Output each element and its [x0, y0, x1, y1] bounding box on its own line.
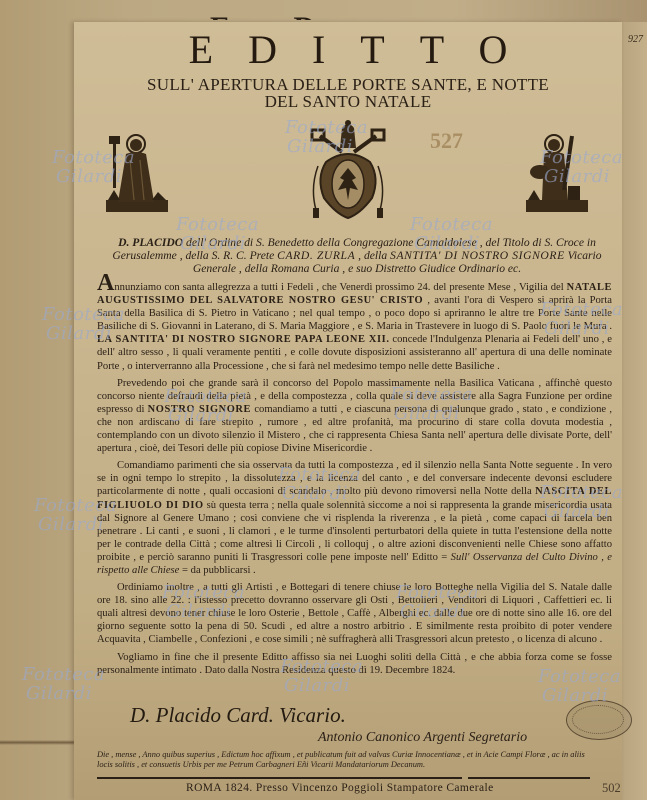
printer-imprint: ROMA 1824. Presso Vincenzo Poggioli Stam… — [186, 782, 494, 794]
corner-number: 927 — [628, 34, 643, 45]
subtitle-line-1: SULL' APERTURA DELLE PORTE SANTE, E NOTT… — [74, 76, 622, 93]
paper-fold-stain — [0, 740, 74, 745]
paragraph-conduct: Prevedendo poi che grande sarà il concor… — [97, 377, 612, 456]
latin-publication-note: Die , mense , Anno quibus superius , Edi… — [97, 750, 597, 770]
divider-rule-right — [468, 777, 590, 779]
document-subtitle: SULL' APERTURA DELLE PORTE SANTE, E NOTT… — [74, 76, 622, 110]
paragraph-text: nnunziamo con santa allegrezza a tutti i… — [114, 282, 566, 293]
secretary-signature: Antonio Canonico Argenti Segretario — [318, 730, 527, 746]
emphasis-caps: NOSTRO SIGNORE — [148, 404, 251, 415]
back-sheet-title: E D — [210, 4, 343, 20]
document-title: EDITTO — [74, 28, 622, 72]
cardinal-signature: D. Placido Card. Vicario. — [130, 703, 346, 728]
emphasis-caps: LA SANTITA' DI NOSTRO SIGNORE PAPA LEONE… — [97, 334, 390, 345]
saint-with-key-woodcut-icon — [104, 130, 174, 214]
papal-coat-of-arms-icon — [306, 118, 390, 222]
official-seal-icon — [566, 700, 632, 740]
paragraph-text: Vogliamo in fine che il presente Editto … — [97, 652, 612, 676]
right-edge-sheet — [622, 22, 647, 800]
issuer-name: D. PLACIDO — [118, 236, 183, 249]
paragraph-holy-night: Comandiamo parimenti che sia osservata d… — [97, 459, 612, 577]
preamble-text-2: , della — [355, 249, 390, 262]
paragraph-text: = da pubblicarsi . — [179, 565, 255, 576]
paragraph-announcement: Annunziamo con santa allegrezza a tutti … — [97, 277, 612, 373]
divider-rule-left — [97, 777, 462, 779]
saint-with-sword-woodcut-icon — [524, 130, 594, 214]
page-number: 502 — [602, 781, 621, 796]
edict-body: Annunziamo con santa allegrezza a tutti … — [97, 277, 612, 681]
preamble: D. PLACIDO dell' Ordine di S. Benedetto … — [112, 236, 602, 275]
subtitle-line-2: DEL SANTO NATALE — [74, 93, 622, 110]
paragraph-text: Ordiniamo inoltre , a tutti gli Artisti … — [97, 582, 612, 645]
drop-cap: A — [97, 270, 114, 296]
archive-stamp-number: 527 — [430, 128, 463, 154]
paragraph-closing: Vogliamo in fine che il presente Editto … — [97, 651, 612, 677]
holiness-title: SANTITA' DI NOSTRO SIGNORE — [390, 249, 565, 262]
paragraph-shops: Ordiniamo inoltre , a tutti gli Artisti … — [97, 581, 612, 646]
cardinal-name: CARD. ZURLA — [277, 249, 355, 262]
